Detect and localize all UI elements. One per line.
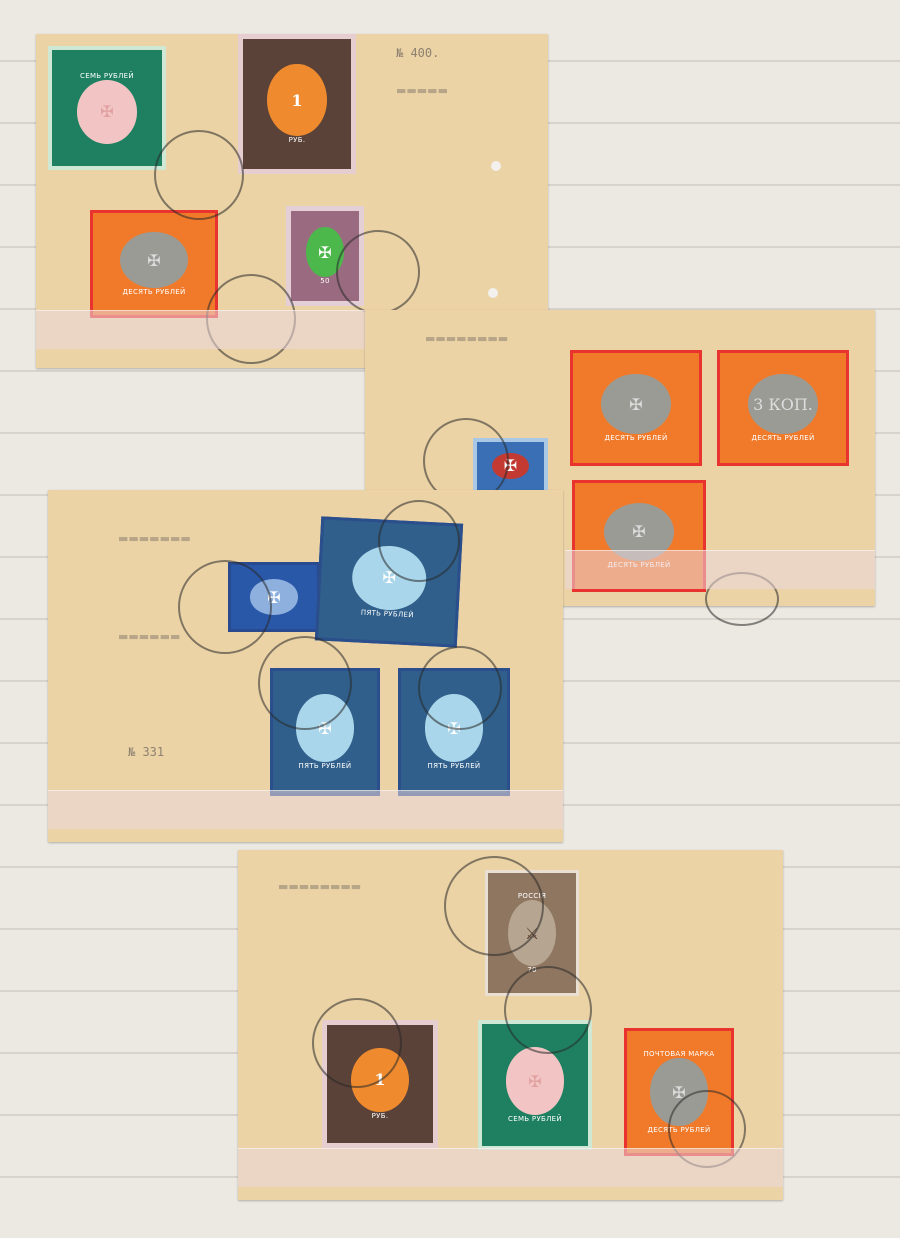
- printed-form-text: ▬▬▬▬▬: [396, 84, 448, 97]
- stamp-5-rubles: ✠ ПЯТЬ РУБЛЕЙ: [398, 668, 510, 796]
- stamp-small-blue: ✠: [473, 438, 548, 494]
- stamp-7-rubles: СЕМЬ РУБЛЕЙ ✠: [48, 46, 166, 170]
- eagle-oval: ✠: [120, 232, 187, 288]
- fragment-3: ▬▬▬▬▬▬▬ ▬▬▬▬▬▬ № 331 ✠ ✠ ПЯТЬ РУБЛЕЙ ✠ П…: [48, 490, 563, 842]
- stamp-1-ruble: 1 РУБ.: [322, 1020, 438, 1148]
- stamp-1-ruble: 1 РУБ.: [238, 34, 356, 174]
- eagle-oval: ✠: [296, 694, 353, 761]
- stamp-70-kopecks: РОССІЯ ⚔ 70: [485, 870, 579, 996]
- eagle-oval: ✠: [306, 227, 343, 277]
- eagle-oval: ✠: [77, 80, 138, 144]
- fragment-number: № 331: [128, 745, 164, 759]
- stamp-50-kopecks: ✠ 50: [286, 206, 364, 306]
- eagle-oval: ✠: [250, 579, 297, 614]
- eagle-oval: 1: [267, 64, 326, 136]
- postmark: [154, 130, 244, 220]
- stamp-5-rubles: ✠ ПЯТЬ РУБЛЕЙ: [315, 516, 463, 647]
- eagle-oval: 3 КОП.: [748, 374, 817, 435]
- stamp-5-rubles: ✠ ПЯТЬ РУБЛЕЙ: [270, 668, 380, 796]
- eagle-oval: ✠: [601, 374, 670, 435]
- stamp-10-rubles: ✠ ДЕСЯТЬ РУБЛЕЙ: [570, 350, 702, 466]
- eagle-oval: ✠: [506, 1047, 564, 1114]
- hinge-tape: [238, 1148, 783, 1187]
- stamp-10-kopecks: ✠: [228, 562, 320, 632]
- stamp-10-rubles: ✠ ДЕСЯТЬ РУБЛЕЙ: [90, 210, 218, 318]
- fragment-number: № 400.: [396, 46, 439, 60]
- stamp-10-rubles: 3 КОП. ДЕСЯТЬ РУБЛЕЙ: [717, 350, 849, 466]
- eagle-oval: ✠: [492, 453, 529, 479]
- stamp-10-rubles: ПОЧТОВАЯ МАРКА ✠ ДЕСЯТЬ РУБЛЕЙ: [624, 1028, 734, 1156]
- eagle-oval: ✠: [650, 1058, 707, 1125]
- fragment-4: ▬▬▬▬▬▬▬▬ РОССІЯ ⚔ 70 1 РУБ. ✠ СЕМЬ РУБЛЕ…: [238, 850, 783, 1200]
- eagle-oval: ✠: [425, 694, 483, 761]
- printed-form-text: ▬▬▬▬▬▬▬: [118, 532, 191, 545]
- sword-hand-vignette: ⚔: [508, 900, 556, 966]
- punch-hole: [488, 288, 498, 298]
- punch-hole: [491, 161, 501, 171]
- printed-form-text: ▬▬▬▬▬▬▬▬: [425, 332, 508, 345]
- hinge-tape: [565, 550, 875, 589]
- printed-form-text: ▬▬▬▬▬▬: [118, 630, 180, 643]
- eagle-oval: ✠: [350, 544, 428, 613]
- hinge-tape: [48, 790, 563, 829]
- printed-form-text: ▬▬▬▬▬▬▬▬: [278, 880, 361, 893]
- stamp-7-rubles: ✠ СЕМЬ РУБЛЕЙ: [478, 1020, 592, 1150]
- eagle-oval: 1: [351, 1048, 409, 1113]
